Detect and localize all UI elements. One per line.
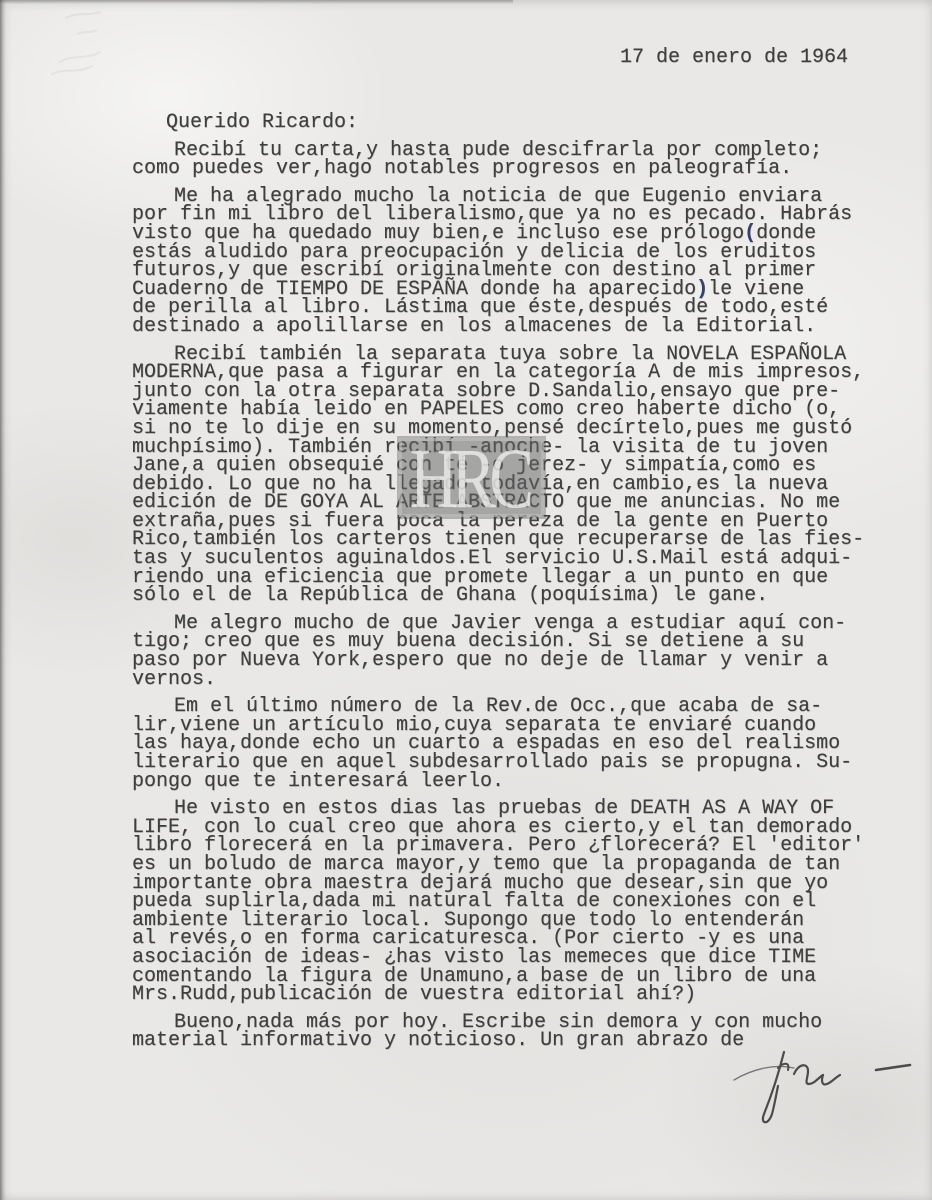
paragraph-2: Me ha alegrado mucho la noticia de que E…	[132, 188, 882, 337]
paragraph-5: Em el último número de la Rev.de Occ.,qu…	[132, 698, 882, 791]
pencil-marks	[38, 4, 128, 94]
letter-body: Querido Ricardo: Recibí tu carta,y hasta…	[132, 114, 882, 1060]
paragraph-4: Me alegro mucho de que Javier venga a es…	[132, 615, 882, 689]
salutation: Querido Ricardo:	[166, 114, 882, 133]
paragraph-6: He visto en estos dias las pruebas de DE…	[132, 800, 882, 1005]
paragraph-1: Recibí tu carta,y hasta pude descifrarla…	[132, 142, 882, 179]
signature-scribble	[728, 1038, 918, 1138]
hrc-watermark-label: HRC	[409, 435, 534, 521]
scan-edge-left	[0, 0, 6, 1200]
hrc-watermark: HRC	[399, 438, 544, 517]
letter-date: 17 de enero de 1964	[620, 49, 848, 68]
scanned-letter-page: 17 de enero de 1964 Querido Ricardo: Rec…	[0, 0, 932, 1200]
